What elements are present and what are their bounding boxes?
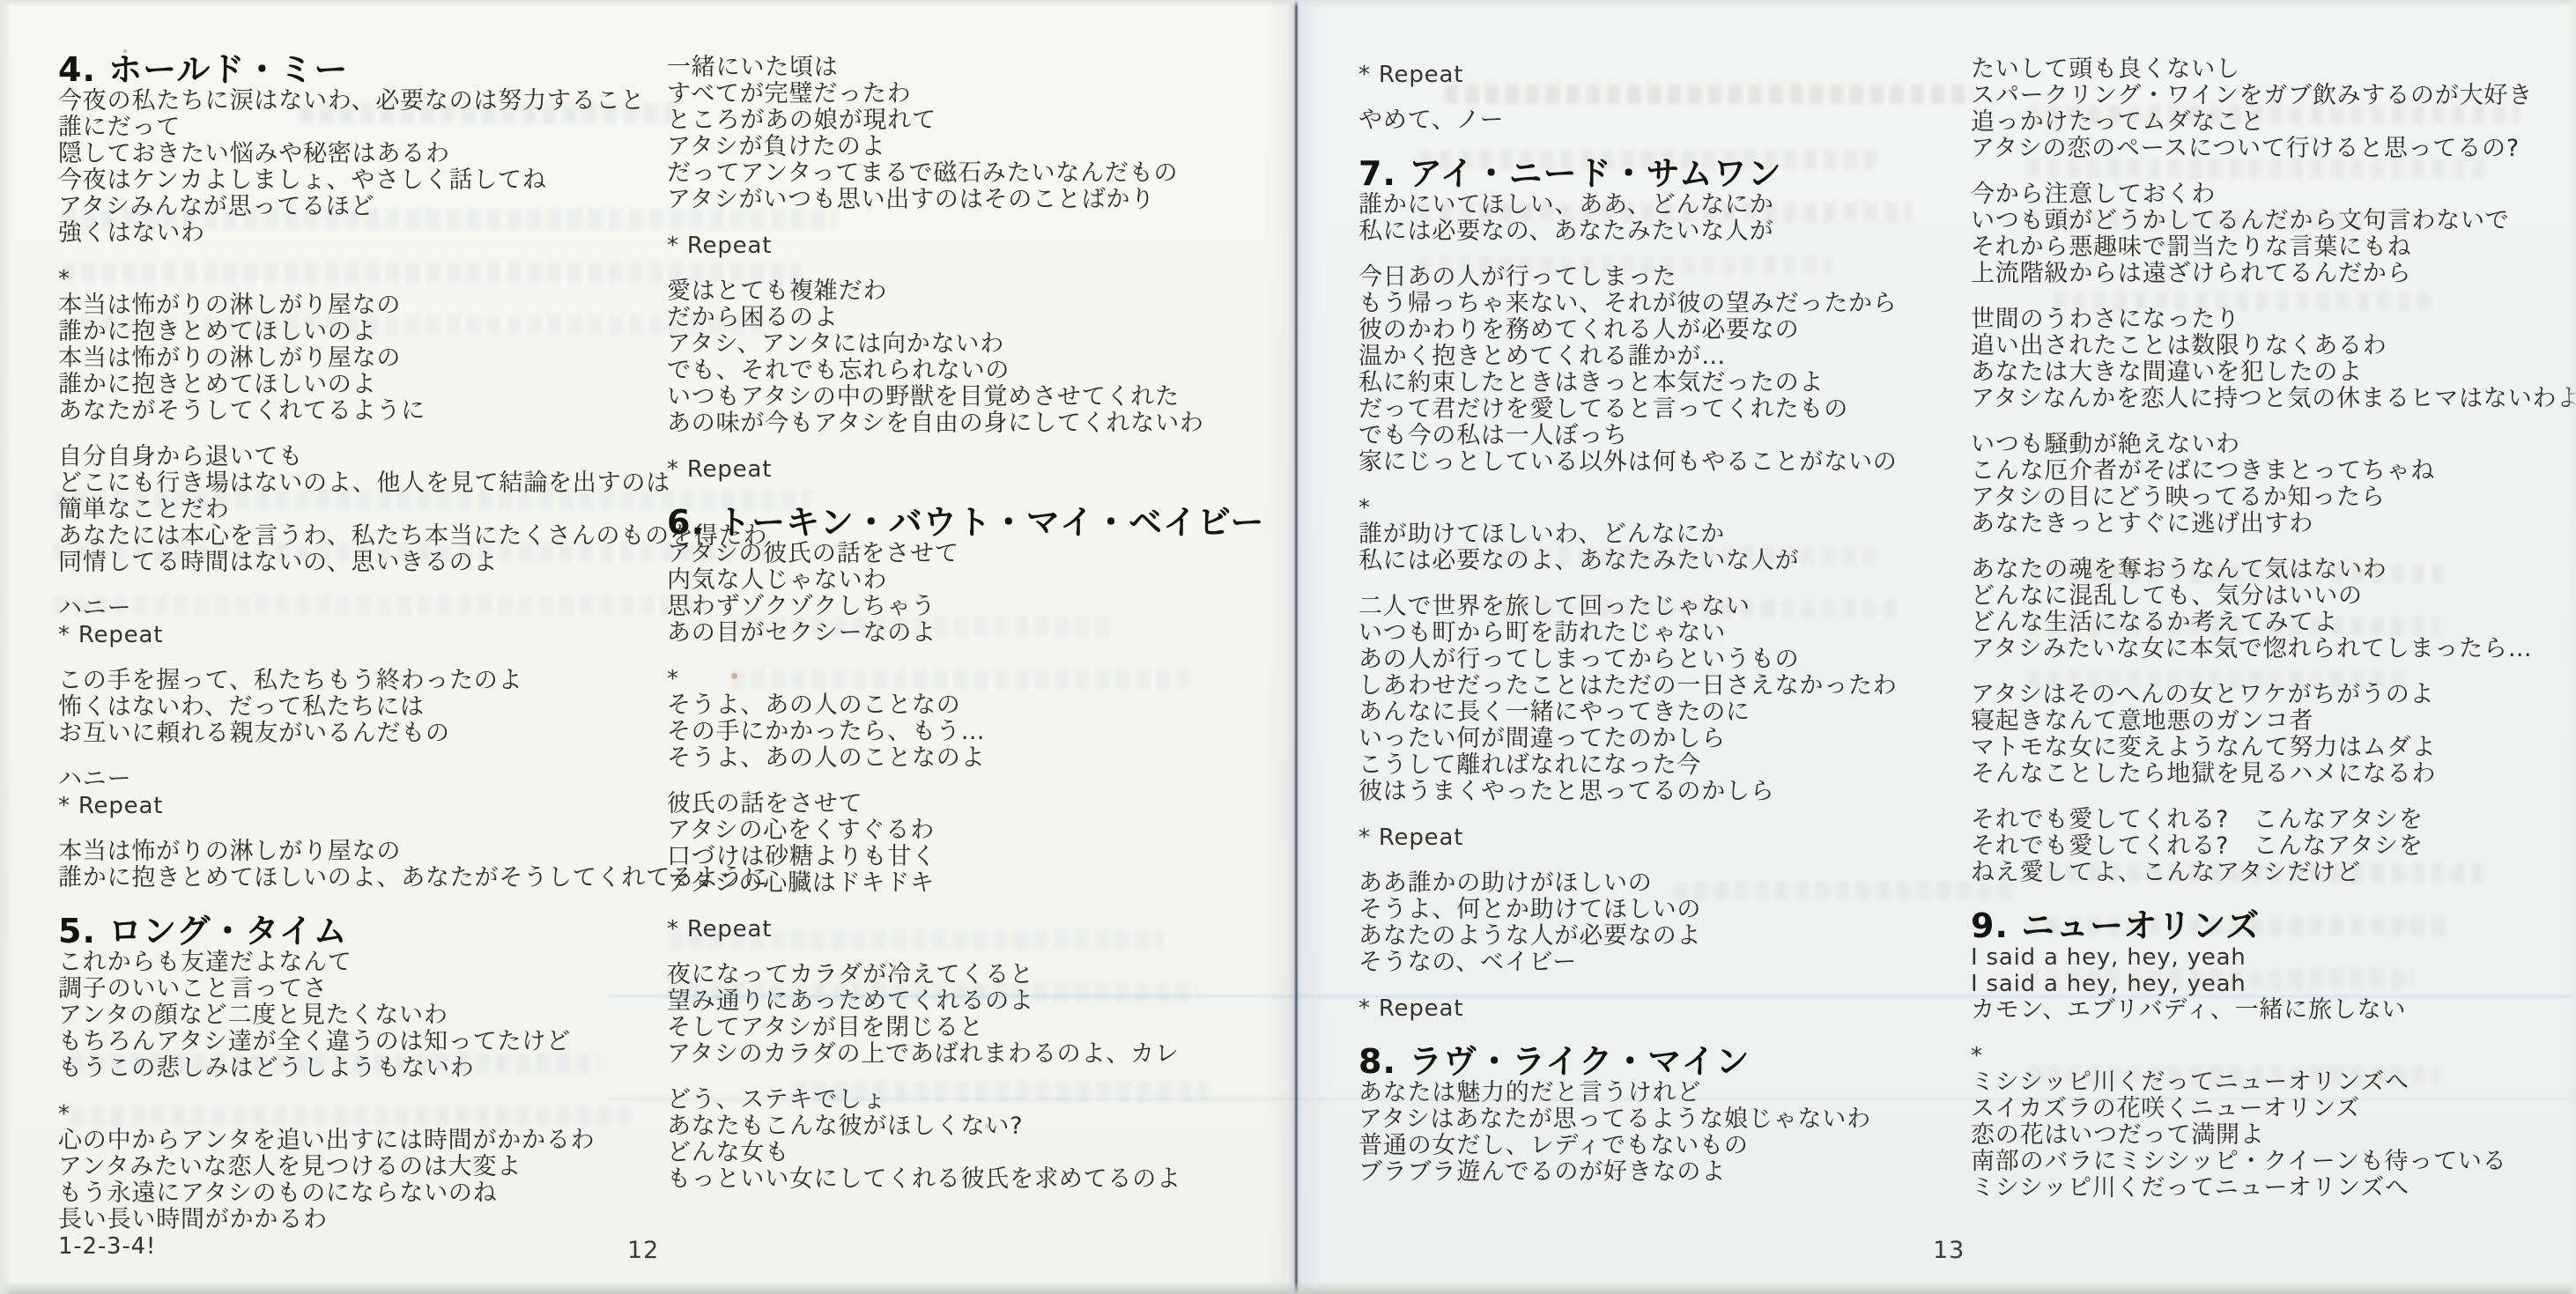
lyrics-column-1: 4. ホールド・ミー今夜の私たちに涙はないわ、必要なのは努力すること誰にだって隠… (58, 51, 666, 1279)
lyric-stanza: * Repeat (667, 233, 1240, 259)
lyric-line: でも今の私は一人ぼっち (1358, 423, 1949, 449)
song-title: 6. トーキン・バウト・マイ・ベイビー (667, 504, 1240, 541)
lyric-line: 南部のバラにミシシッピ・クイーンも待っている (1971, 1149, 2563, 1175)
lyric-line: スイカズラの花咲くニューオリンズ (1971, 1096, 2563, 1122)
lyric-line: これからも友達だよなんて (58, 950, 666, 976)
lyric-line: 私に約束したときはきっと本気だったのよ (1358, 370, 1949, 396)
lyric-line: 追い出されたことは数限りなくあるわ (1971, 333, 2563, 359)
lyric-line: ミシシッピ川くだってニューオリンズへ (1971, 1069, 2563, 1096)
repeat-marker: * Repeat (667, 456, 1240, 483)
lyric-line: どんな生活になるか考えてみてよ (1971, 610, 2563, 636)
lyric-line: ところがあの娘が現れて (667, 107, 1240, 134)
lyric-line: すべてが完璧だったわ (667, 81, 1240, 107)
lyric-line: 私には必要なのよ、あなたみたいな人が (1358, 548, 1949, 574)
lyric-line: 二人で世界を旅して回ったじゃない (1358, 594, 1949, 620)
lyric-line: 上流階級からは遠ざけられてるんだから (1971, 261, 2563, 287)
lyric-line: ミシシッピ川くだってニューオリンズへ (1971, 1175, 2563, 1202)
lyric-line: アタシはあなたが思ってるような娘じゃないわ (1358, 1106, 1949, 1133)
repeat-marker: * Repeat (1358, 62, 1949, 88)
lyric-stanza: それでも愛してくれる? こんなアタシをそれでも愛してくれる? こんなアタシをねえ… (1971, 807, 2563, 886)
song-title: 4. ホールド・ミー (58, 51, 666, 88)
lyric-stanza: 自分自身から退いてもどこにも行き場はないのよ、他人を見て結論を出すのは簡単なこと… (58, 444, 666, 576)
lyric-line: 普通の女だし、レディでもないもの (1358, 1133, 1949, 1159)
lyric-line: そうよ、あの人のことなのよ (667, 745, 1240, 772)
lyric-stanza: どう、ステキでしょあなたもこんな彼がほしくない?どんな女ももっといい女にしてくれ… (667, 1087, 1240, 1193)
lyric-line: どんなに混乱しても、気分はいいの (1971, 583, 2563, 610)
lyric-line: 愛はとても複雑だわ (667, 278, 1240, 305)
lyric-line: そうよ、何とか助けてほしいの (1358, 897, 1949, 923)
lyric-stanza: 誰かにいてほしい、ああ、どんなにか私には必要なの、あなたみたいな人が (1358, 192, 1949, 245)
lyric-line: あなたは大きな間違いを犯したのよ (1971, 359, 2563, 386)
lyric-line: もっといい女にしてくれる彼氏を求めてるのよ (667, 1166, 1240, 1193)
lyric-line: 今夜はケンカよしましょ、やさしく話してね (58, 167, 666, 194)
lyric-line: お互いに頼れる親友がいるんだもの (58, 721, 666, 747)
lyric-line: 私には必要なの、あなたみたいな人が (1358, 218, 1949, 245)
lyric-stanza: いつも騒動が絶えないわこんな厄介者がそばにつきまとってちゃねアタシの目にどう映っ… (1971, 432, 2563, 537)
lyric-line: それでも愛してくれる? こんなアタシを (1971, 807, 2563, 833)
lyric-line: 本当は怖がりの淋しがり屋なの (58, 345, 666, 372)
lyric-stanza: この手を握って、私たちもう終わったのよ怖くはないわ、だって私たちにはお互いに頼れ… (58, 668, 666, 747)
song-title: 9. ニューオリンズ (1971, 907, 2563, 944)
lyric-stanza: * Repeat (1358, 995, 1949, 1022)
lyric-line: アンタの顔など二度と見たくないわ (58, 1002, 666, 1029)
lyric-line: 一緒にいた頃は (667, 55, 1240, 81)
lyric-line: 誰かに抱きとめてほしいのよ (58, 319, 666, 345)
asterisk-marker: * (58, 266, 666, 292)
lyric-line: アタシが負けたのよ (667, 134, 1240, 160)
lyric-line: 彼氏の話をさせて (667, 791, 1240, 817)
lyric-line: どこにも行き場はないのよ、他人を見て結論を出すのは (58, 470, 666, 497)
lyric-stanza: 一緒にいた頃はすべてが完璧だったわところがあの娘が現れてアタシが負けたのよだって… (667, 55, 1240, 213)
lyric-stanza: たいして頭も良くないしスパークリング・ワインをガブ飲みするのが大好き追っかけたっ… (1971, 56, 2563, 162)
lyric-line: 簡単なことだわ (58, 497, 666, 523)
lyric-stanza: 今夜の私たちに涙はないわ、必要なのは努力すること誰にだって隠しておきたい悩みや秘… (58, 88, 666, 247)
lyric-stanza: これからも友達だよなんて調子のいいこと言ってさアンタの顔など二度と見たくないわも… (58, 950, 666, 1082)
lyric-line: 追っかけたってムダなこと (1971, 109, 2563, 136)
asterisk-marker: * (58, 1101, 666, 1128)
lyric-line: 恋の花はいつだって満開よ (1971, 1122, 2563, 1149)
lyrics-column-3: * Repeatやめて、ノー7. アイ・ニード・サムワン誰かにいてほしい、ああ、… (1358, 62, 1949, 1205)
lyric-line: 本当は怖がりの淋しがり屋なの (58, 292, 666, 319)
lyric-stanza: *本当は怖がりの淋しがり屋なの誰かに抱きとめてほしいのよ本当は怖がりの淋しがり屋… (58, 266, 666, 425)
lyric-line: でも、それでも忘れられないの (667, 358, 1240, 384)
asterisk-marker: * (1358, 495, 1949, 521)
lyric-line: 口づけは砂糖よりも甘く (667, 844, 1240, 870)
lyric-line: カモン、エブリバディ、一緒に旅しない (1971, 997, 2563, 1024)
lyric-line: 今から注意しておくわ (1971, 181, 2563, 208)
lyric-stanza: やめて、ノー (1358, 107, 1949, 134)
lyric-stanza: * Repeat (1358, 824, 1949, 851)
lyric-line: こうして離ればなれになった今 (1358, 752, 1949, 779)
repeat-marker: * Repeat (1358, 995, 1949, 1022)
lyric-line: その手にかかったら、もう… (667, 719, 1240, 745)
lyric-line: 今夜の私たちに涙はないわ、必要なのは努力すること (58, 88, 666, 115)
lyric-stanza: アタシはそのへんの女とワケがちがうのよ寝起きなんて意地悪のガンコ者マトモな女に変… (1971, 682, 2563, 787)
lyric-line: 温かく抱きとめてくれる誰かが… (1358, 344, 1949, 370)
lyric-line: あの人が行ってしまってからというもの (1358, 647, 1949, 673)
lyric-stanza: 夜になってカラダが冷えてくると望み通りにあっためてくれるのよそしてアタシが目を閉… (667, 962, 1240, 1068)
page-number-right: 13 (1933, 1237, 1965, 1264)
song-title: 8. ラヴ・ライク・マイン (1358, 1043, 1949, 1080)
lyric-stanza: 世間のうわさになったり追い出されたことは数限りなくあるわあなたは大きな間違いを犯… (1971, 307, 2563, 412)
lyric-line: 誰にだって (58, 115, 666, 141)
lyric-line: いつも騒動が絶えないわ (1971, 432, 2563, 458)
lyric-line: この手を握って、私たちもう終わったのよ (58, 668, 666, 694)
lyric-line: あなたの魂を奪おうなんて気はないわ (1971, 557, 2563, 583)
lyric-line: あなたのような人が必要なのよ (1358, 923, 1949, 950)
lyric-line: アタシの心臓はドキドキ (667, 870, 1240, 897)
lyric-line: 夜になってカラダが冷えてくると (667, 962, 1240, 988)
lyric-line: どんな女も (667, 1140, 1240, 1166)
lyric-line: 思わずゾクゾクしちゃう (667, 594, 1240, 620)
lyric-stanza: 本当は怖がりの淋しがり屋なの誰かに抱きとめてほしいのよ、あなたがそうしてくれてる… (58, 839, 666, 891)
lyric-line: スパークリング・ワインをガブ飲みするのが大好き (1971, 83, 2563, 109)
lyric-line: 隠しておきたい悩みや秘密はあるわ (58, 141, 666, 167)
repeat-marker: * Repeat (667, 916, 1240, 943)
asterisk-marker: * (1971, 1043, 2563, 1069)
lyrics-column-2: 一緒にいた頃はすべてが完璧だったわところがあの娘が現れてアタシが負けたのよだって… (667, 55, 1240, 1212)
lyric-stanza: アタシの彼氏の話をさせて内気な人じゃないわ思わずゾクゾクしちゃうあの目がセクシー… (667, 541, 1240, 647)
lyric-line: いつもアタシの中の野獣を目覚めさせてくれた (667, 384, 1240, 410)
lyric-line: こんな厄介者がそばにつきまとってちゃね (1971, 458, 2563, 484)
lyric-line: もう帰っちゃ来ない、それが彼の望みだったから (1358, 291, 1949, 317)
lyric-stanza: * Repeat (667, 916, 1240, 943)
lyrics-column-4: たいして頭も良くないしスパークリング・ワインをガブ飲みするのが大好き追っかけたっ… (1971, 56, 2563, 1221)
lyric-line: アタシがいつも思い出すのはそのことばかり (667, 187, 1240, 213)
lyric-stanza: *心の中からアンタを追い出すには時間がかかるわアンタみたいな恋人を見つけるのは大… (58, 1101, 666, 1260)
lyric-line: それから悪趣味で罰当たりな言葉にもね (1971, 234, 2563, 261)
lyric-stanza: ああ誰かの助けがほしいのそうよ、何とか助けてほしいのあなたのような人が必要なのよ… (1358, 870, 1949, 976)
lyric-line: 彼はうまくやったと思ってるのかしら (1358, 779, 1949, 805)
lyric-stanza: *そうよ、あの人のことなのその手にかかったら、もう…そうよ、あの人のことなのよ (667, 666, 1240, 772)
lyric-stanza: 彼氏の話をさせてアタシの心をくすぐるわ口づけは砂糖よりも甘くアタシの心臓はドキド… (667, 791, 1240, 897)
lyric-line: 1-2-3-4! (58, 1233, 666, 1260)
lyric-line: I said a hey, hey, yeah (1971, 971, 2563, 997)
lyric-line: だって君だけを愛してると言ってくれたもの (1358, 396, 1949, 423)
lyric-stanza: 今日あの人が行ってしまったもう帰っちゃ来ない、それが彼の望みだったから彼のかわり… (1358, 264, 1949, 476)
lyric-line: アタシのカラダの上であばれまわるのよ、カレ (667, 1041, 1240, 1068)
repeat-marker: * Repeat (58, 793, 666, 819)
lyric-line: しあわせだったことはただの一日さえなかったわ (1358, 673, 1949, 699)
lyric-line: 誰かに抱きとめてほしいのよ、あなたがそうしてくれてるように (58, 865, 666, 891)
lyric-line: そうなの、ベイビー (1358, 950, 1949, 976)
lyric-line: 誰が助けてほしいわ、どんなにか (1358, 521, 1949, 548)
lyric-line: あなたきっとすぐに逃げ出すわ (1971, 511, 2563, 537)
lyric-line: もちろんアタシ達が全く違うのは知ってたけど (58, 1029, 666, 1055)
repeat-marker: * Repeat (667, 233, 1240, 259)
lyric-line: いつも町から町を訪れたじゃない (1358, 620, 1949, 647)
lyric-line: あなたがそうしてくれてるように (58, 398, 666, 425)
lyric-line: ハニー (58, 766, 666, 793)
lyric-line: もうこの悲しみはどうしようもないわ (58, 1055, 666, 1082)
lyric-line: 調子のいいこと言ってさ (58, 976, 666, 1002)
lyric-line: アタシなんかを恋人に持つと気の休まるヒマはないわよ (1971, 386, 2563, 412)
repeat-marker: * Repeat (58, 622, 666, 648)
lyric-line: 怖くはないわ、だって私たちには (58, 694, 666, 721)
lyric-line: それでも愛してくれる? こんなアタシを (1971, 833, 2563, 860)
lyric-line: 誰かに抱きとめてほしいのよ (58, 372, 666, 398)
booklet-spread-scan: 4. ホールド・ミー今夜の私たちに涙はないわ、必要なのは努力すること誰にだって隠… (0, 0, 2576, 1294)
lyric-line: アタシ、アンタには向かないわ (667, 331, 1240, 358)
lyric-line: 本当は怖がりの淋しがり屋なの (58, 839, 666, 865)
lyric-line: あなたには本心を言うわ、私たち本当にたくさんのものを得たわ (58, 523, 666, 550)
lyric-line: そしてアタシが目を閉じると (667, 1015, 1240, 1041)
lyric-line: あの目がセクシーなのよ (667, 620, 1240, 647)
repeat-marker: * Repeat (1358, 824, 1949, 851)
song-title: 5. ロング・タイム (58, 913, 666, 950)
lyric-stanza: ハニー* Repeat (58, 766, 666, 819)
lyric-line: 望み通りにあっためてくれるのよ (667, 988, 1240, 1015)
lyric-line: いったい何が間違ってたのかしら (1358, 726, 1949, 752)
lyric-line: そうよ、あの人のことなの (667, 692, 1240, 719)
lyric-stanza: * Repeat (667, 456, 1240, 483)
lyric-line: ハニー (58, 595, 666, 622)
lyric-stanza: ハニー* Repeat (58, 595, 666, 648)
lyric-line: たいして頭も良くないし (1971, 56, 2563, 83)
lyric-line: 強くはないわ (58, 220, 666, 247)
lyric-line: マトモな女に変えようなんて努力はムダよ (1971, 735, 2563, 761)
lyric-line: 寝起きなんて意地悪のガンコ者 (1971, 708, 2563, 735)
lyric-stanza: I said a hey, hey, yeahI said a hey, hey… (1971, 944, 2563, 1024)
lyric-line: 誰かにいてほしい、ああ、どんなにか (1358, 192, 1949, 218)
lyric-line: もう永遠にアタシのものにならないのね (58, 1180, 666, 1207)
lyric-line: そんなことしたら地獄を見るハメになるわ (1971, 761, 2563, 787)
lyric-stanza: * Repeat (1358, 62, 1949, 88)
lyric-line: だってアンタってまるで磁石みたいなんだもの (667, 160, 1240, 187)
lyric-stanza: あなたの魂を奪おうなんて気はないわどんなに混乱しても、気分はいいのどんな生活にな… (1971, 557, 2563, 662)
lyric-line: 今日あの人が行ってしまった (1358, 264, 1949, 291)
lyric-line: アタシみたいな女に本気で惚れられてしまったら… (1971, 636, 2563, 662)
lyric-line: アタシの目にどう映ってるか知ったら (1971, 484, 2563, 511)
lyric-line: やめて、ノー (1358, 107, 1949, 134)
lyric-line: ああ誰かの助けがほしいの (1358, 870, 1949, 897)
lyric-line: 彼のかわりを務めてくれる人が必要なの (1358, 317, 1949, 344)
lyric-line: 家にじっとしている以外は何もやることがないの (1358, 449, 1949, 476)
lyric-stanza: あなたは魅力的だと言うけれどアタシはあなたが思ってるような娘じゃないわ普通の女だ… (1358, 1080, 1949, 1186)
lyric-line: アタシの恋のペースについて行けると思ってるの? (1971, 136, 2563, 162)
lyric-line: 同情してる時間はないの、思いきるのよ (58, 550, 666, 576)
lyric-line: あなたもこんな彼がほしくない? (667, 1113, 1240, 1140)
page-number-left: 12 (627, 1237, 659, 1264)
lyric-line: アンタみたいな恋人を見つけるのは大変よ (58, 1154, 666, 1180)
lyric-line: あなたは魅力的だと言うけれど (1358, 1080, 1949, 1106)
lyric-line: アタシはそのへんの女とワケがちがうのよ (1971, 682, 2563, 708)
lyric-line: だから困るのよ (667, 305, 1240, 331)
lyric-line: I said a hey, hey, yeah (1971, 944, 2563, 971)
lyric-line: 世間のうわさになったり (1971, 307, 2563, 333)
lyric-line: あの味が今もアタシを自由の身にしてくれないわ (667, 410, 1240, 437)
lyric-line: ブラブラ遊んでるのが好きなのよ (1358, 1159, 1949, 1186)
song-title: 7. アイ・ニード・サムワン (1358, 155, 1949, 192)
lyric-line: 内気な人じゃないわ (667, 567, 1240, 594)
lyric-stanza: 二人で世界を旅して回ったじゃないいつも町から町を訪れたじゃないあの人が行ってしま… (1358, 594, 1949, 805)
lyric-line: いつも頭がどうかしてるんだから文句言わないで (1971, 208, 2563, 234)
lyric-line: アタシの心をくすぐるわ (667, 817, 1240, 844)
lyric-line: あんなに長く一緒にやってきたのに (1358, 699, 1949, 726)
lyric-line: ねえ愛してよ、こんなアタシだけど (1971, 860, 2563, 886)
lyric-line: アタシみんなが思ってるほど (58, 194, 666, 220)
lyric-line: アタシの彼氏の話をさせて (667, 541, 1240, 567)
lyric-line: 長い長い時間がかかるわ (58, 1207, 666, 1233)
lyric-line: 自分自身から退いても (58, 444, 666, 470)
lyric-stanza: 愛はとても複雑だわだから困るのよアタシ、アンタには向かないわでも、それでも忘れら… (667, 278, 1240, 437)
asterisk-marker: * (667, 666, 1240, 692)
lyric-line: どう、ステキでしょ (667, 1087, 1240, 1113)
lyric-stanza: *ミシシッピ川くだってニューオリンズへスイカズラの花咲くニューオリンズ恋の花はい… (1971, 1043, 2563, 1202)
lyric-line: 心の中からアンタを追い出すには時間がかかるわ (58, 1128, 666, 1154)
lyric-stanza: 今から注意しておくわいつも頭がどうかしてるんだから文句言わないでそれから悪趣味で… (1971, 181, 2563, 287)
lyric-stanza: *誰が助けてほしいわ、どんなにか私には必要なのよ、あなたみたいな人が (1358, 495, 1949, 574)
